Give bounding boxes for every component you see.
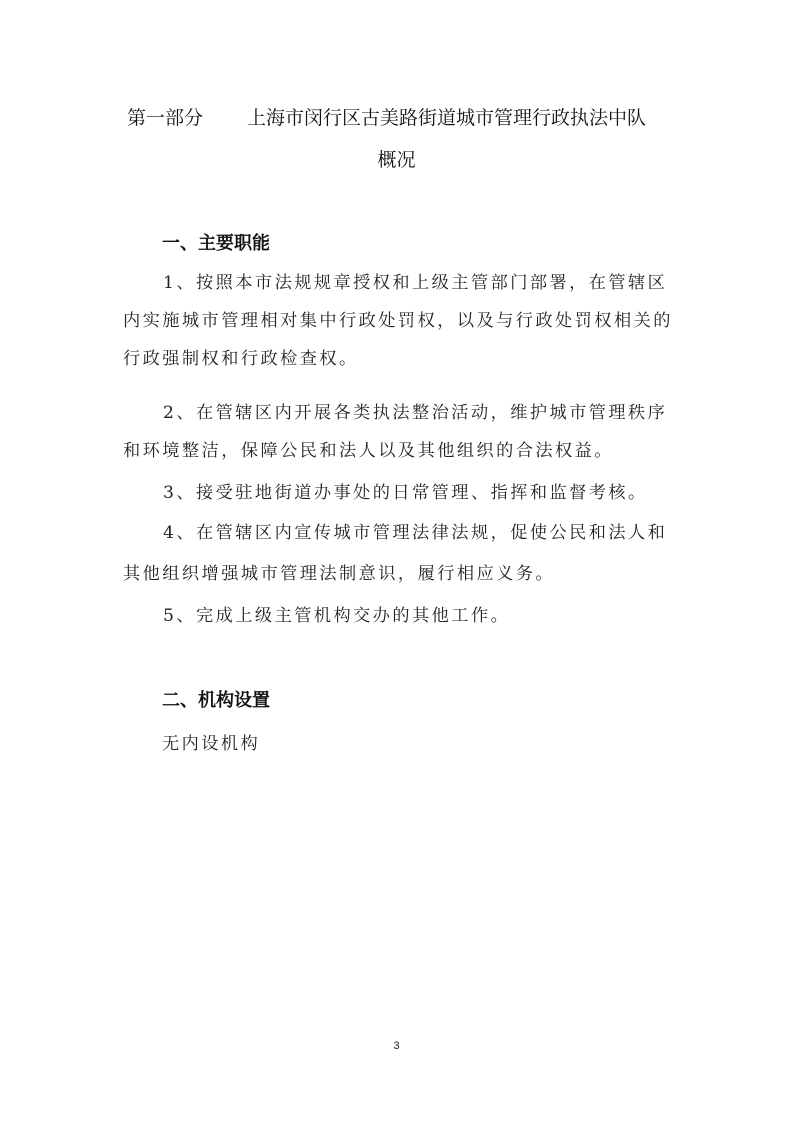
paragraph-line: 2、在管辖区内开展各类执法整治活动，维护城市管理秩序 (163, 400, 667, 426)
page-title: 第一部分上海市闵行区古美路街道城市管理行政执法中队 (127, 104, 687, 132)
section-heading-main-functions: 一、主要职能 (162, 231, 270, 257)
paragraph-line: 3、接受驻地街道办事处的日常管理、指挥和监督考核。 (163, 480, 648, 506)
paragraph-line: 和环境整洁，保障公民和法人以及其他组织的合法权益。 (123, 438, 614, 464)
paragraph-line: 其他组织增强城市管理法制意识，履行相应义务。 (123, 561, 555, 587)
document-page: 第一部分上海市闵行区古美路街道城市管理行政执法中队 概况 一、主要职能 1、按照… (0, 0, 793, 1122)
paragraph-line: 1、按照本市法规规章授权和上级主管部门部署，在管辖区 (163, 270, 667, 296)
paragraph-line: 4、在管辖区内宣传城市管理法律法规，促使公民和法人和 (163, 520, 667, 546)
page-title-continuation: 概况 (0, 146, 793, 174)
paragraph-line: 无内设机构 (162, 731, 260, 757)
paragraph-line: 行政强制权和行政检查权。 (123, 346, 359, 372)
paragraph-line: 内实施城市管理相对集中行政处罚权，以及与行政处罚权相关的 (123, 308, 673, 334)
paragraph-line: 5、完成上级主管机构交办的其他工作。 (163, 603, 510, 629)
part-label: 第一部分 (127, 104, 247, 132)
page-number: 3 (0, 1039, 793, 1053)
title-text: 上海市闵行区古美路街道城市管理行政执法中队 (247, 107, 646, 129)
section-heading-organization: 二、机构设置 (162, 688, 270, 714)
